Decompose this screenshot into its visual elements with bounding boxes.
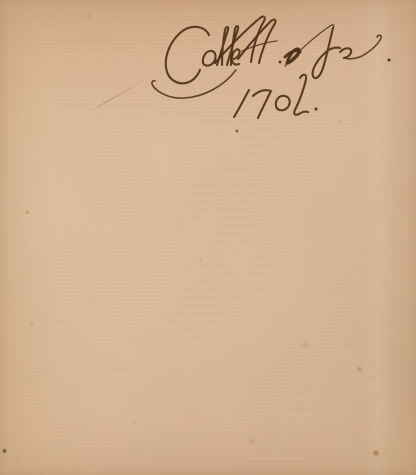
aged-paper-background [0,0,416,475]
scanned-page: Collett. Esqr. 1782. [0,0,416,475]
